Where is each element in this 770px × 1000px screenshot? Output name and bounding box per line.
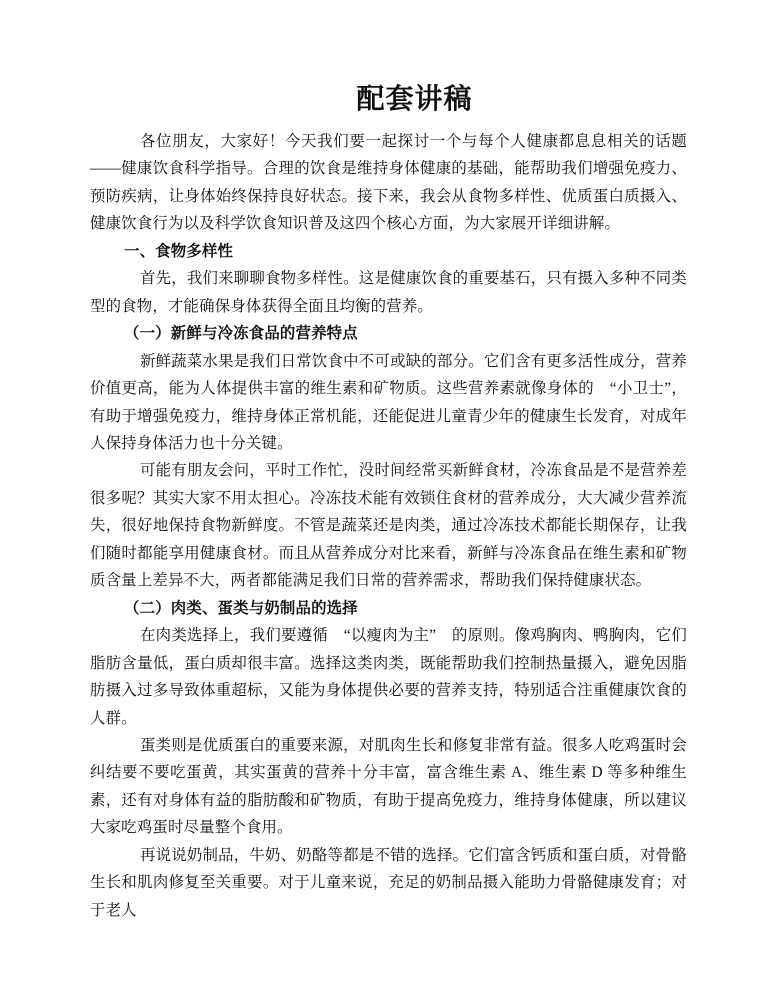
document-title: 配套讲稿 (90, 78, 687, 122)
section-heading: 一、食物多样性 (90, 238, 687, 265)
paragraph: 首先，我们来聊聊食物多样性。这是健康饮食的重要基石，只有摄入多种不同类型的食物，… (90, 265, 687, 320)
section-heading: （二）肉类、蛋类与奶制品的选择 (90, 595, 687, 622)
document-page: 配套讲稿 各位朋友，大家好！今天我们要一起探讨一个与每个人健康都息息相关的话题 … (0, 0, 770, 1000)
document-body: 各位朋友，大家好！今天我们要一起探讨一个与每个人健康都息息相关的话题 ——健康饮… (90, 128, 687, 924)
paragraph: 在肉类选择上，我们要遵循 “以瘦肉为主” 的原则。像鸡胸肉、鸭胸肉，它们脂肪含量… (90, 622, 687, 732)
paragraph: 新鲜蔬菜水果是我们日常饮食中不可或缺的部分。它们含有更多活性成分，营养价值更高，… (90, 348, 687, 458)
paragraph: 再说说奶制品，牛奶、奶酪等都是不错的选择。它们富含钙质和蛋白质，对骨骼生长和肌肉… (90, 842, 687, 924)
section-heading: （一）新鲜与冷冻食品的营养特点 (90, 320, 687, 347)
paragraph: 蛋类则是优质蛋白的重要来源，对肌肉生长和修复非常有益。很多人吃鸡蛋时会纠结要不要… (90, 732, 687, 842)
paragraph: 各位朋友，大家好！今天我们要一起探讨一个与每个人健康都息息相关的话题 ——健康饮… (90, 128, 687, 238)
paragraph: 可能有朋友会问，平时工作忙，没时间经常买新鲜食材，冷冻食品是不是营养差很多呢？其… (90, 457, 687, 594)
